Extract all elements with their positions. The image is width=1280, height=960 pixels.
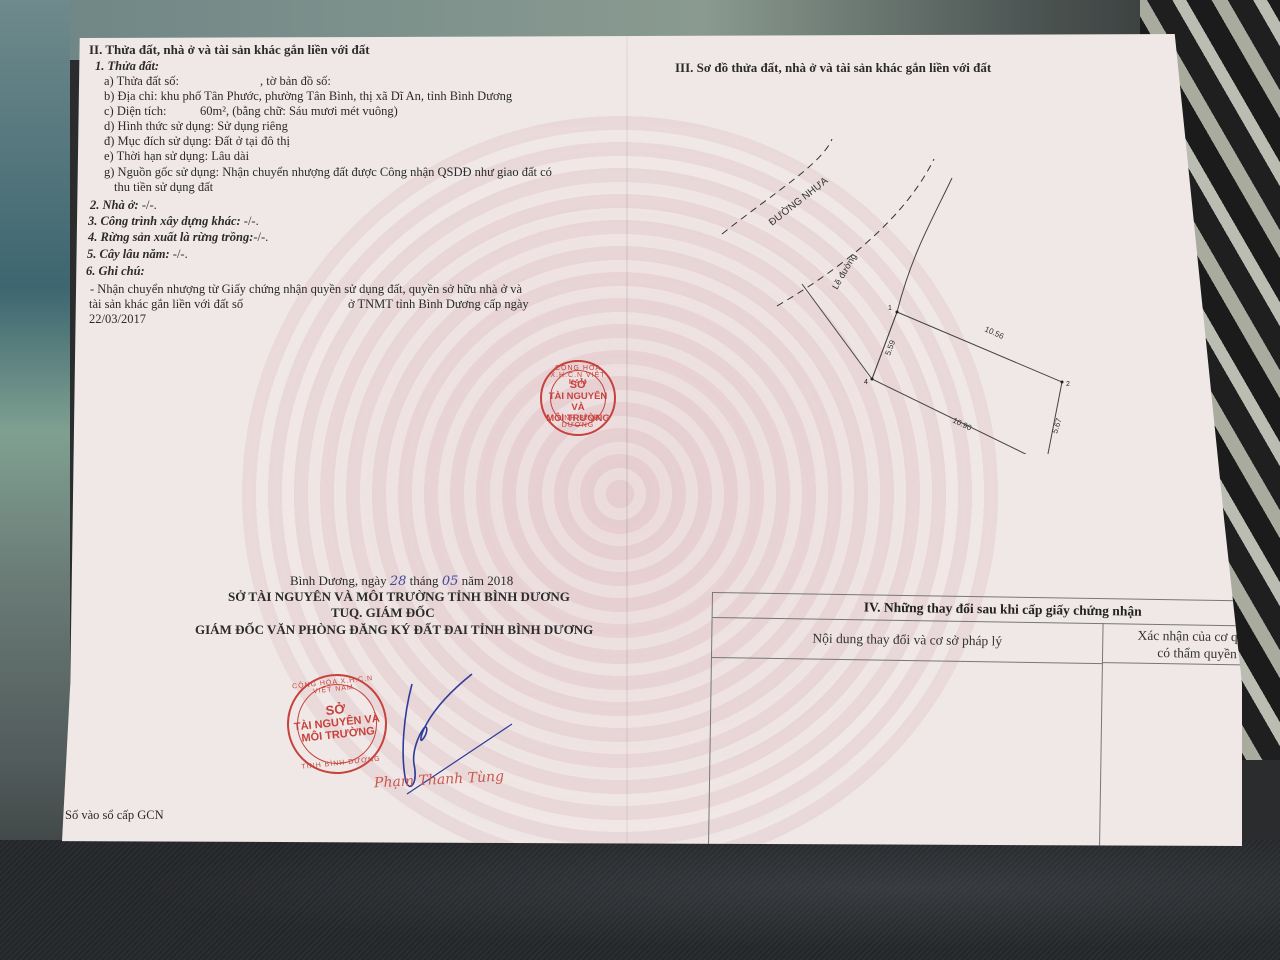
note-line-2a: tài sản khác gắn liền với đất số <box>89 297 243 312</box>
handwritten-signature <box>362 654 562 834</box>
table-divider <box>1099 663 1103 866</box>
note-line-3: 22/03/2017 <box>89 312 146 327</box>
area-value: 60m², (bằng chữ: Sáu mươi mét vuông) <box>200 104 398 119</box>
background-left <box>0 0 70 960</box>
issuing-authority: SỞ TÀI NGUYÊN VÀ MÔI TRƯỜNG TỈNH BÌNH DƯ… <box>228 589 570 605</box>
section-ii-title: II. Thửa đất, nhà ở và tài sản khác gắn … <box>89 42 370 58</box>
map-sheet-label: , tờ bản đồ số: <box>260 74 331 89</box>
usage-origin: g) Nguồn gốc sử dụng: Nhận chuyển nhượng… <box>104 165 552 180</box>
edge-2-3-length: 5.67 <box>1050 417 1064 435</box>
usage-form: d) Hình thức sử dụng: Sử dụng riêng <box>104 119 288 134</box>
tuq-title: TUQ. GIÁM ĐỐC <box>331 605 435 621</box>
usage-term: e) Thời hạn sử dụng: Lâu dài <box>104 149 249 164</box>
parcel-diagram: ĐƯỜNG NHỰA Lề đường 1 2 3 4 10.56 5.67 1… <box>712 94 1162 454</box>
item-5-value: -/-. <box>173 247 188 261</box>
date-day: 28 <box>390 574 407 589</box>
stamp-line-2: TÀI NGUYÊN VÀ <box>542 391 614 413</box>
changes-col-content: Nội dung thay đổi và cơ sở pháp lý <box>712 617 1104 664</box>
item-3-value: -/-. <box>244 214 259 228</box>
item-4-value: -/-. <box>253 230 268 244</box>
edge-1-2-length: 10.56 <box>983 325 1005 342</box>
register-number-label: Số vào sổ cấp GCN <box>65 808 164 823</box>
page-fold <box>626 34 628 846</box>
note-line-2b: ở TNMT tỉnh Bình Dương cấp ngày <box>348 297 529 312</box>
item-6-title: 6. Ghi chú: <box>86 264 145 279</box>
usage-origin-cont: thu tiền sử dụng đất <box>114 180 213 195</box>
road-edge-lower <box>777 159 934 306</box>
address-line: b) Địa chỉ: khu phố Tân Phước, phường Tâ… <box>104 89 512 104</box>
item-1-title: 1. Thửa đất: <box>95 59 159 74</box>
date-prefix: Bình Dương, ngày <box>290 573 387 588</box>
item-2-value: -/-. <box>142 198 157 212</box>
date-year: năm 2018 <box>462 573 514 588</box>
area-label: c) Diện tích: <box>104 104 166 119</box>
edge-3-4-length: 10.90 <box>951 416 973 433</box>
date-month-label: tháng <box>410 573 439 588</box>
issue-date: Bình Dương, ngày 28 tháng 05 năm 2018 <box>290 573 513 589</box>
background-bottom-fabric <box>0 840 1280 960</box>
date-month: 05 <box>442 574 459 589</box>
usage-purpose: đ) Mục đích sử dụng: Đất ở tại đô thị <box>104 134 290 149</box>
parcel-outline <box>872 312 1062 454</box>
office-title: GIÁM ĐỐC VĂN PHÒNG ĐĂNG KÝ ĐẤT ĐAI TỈNH … <box>195 622 593 638</box>
stamp-ring-top: CỘNG HÒA X.H.C.N VIỆT NAM <box>542 365 614 386</box>
stamp-ring-bottom: TỈNH BÌNH DƯƠNG <box>542 415 614 429</box>
item-5-title: 5. Cây lâu năm: <box>87 247 170 261</box>
item-2-title: 2. Nhà ở: <box>90 198 139 212</box>
point-2: 2 <box>1066 381 1070 388</box>
point-4: 4 <box>864 379 868 386</box>
parcel-number-label: a) Thửa đất số: <box>104 74 179 89</box>
verge-label: Lề đường <box>830 252 858 291</box>
edge-4-1-length: 5.59 <box>883 338 897 356</box>
section-iii-title: III. Sơ đồ thửa đất, nhà ở và tài sản kh… <box>675 60 991 76</box>
item-3-title: 3. Công trình xây dựng khác: <box>88 214 241 228</box>
official-stamp-middle: CỘNG HÒA X.H.C.N VIỆT NAM SỞ TÀI NGUYÊN … <box>540 360 616 436</box>
road-label: ĐƯỜNG NHỰA <box>766 174 831 229</box>
land-certificate-document: II. Thửa đất, nhà ở và tài sản khác gắn … <box>62 34 1242 846</box>
note-line-1: - Nhận chuyển nhượng từ Giấy chứng nhận … <box>90 282 522 297</box>
item-4-title: 4. Rừng sản xuất là rừng trồng: <box>88 230 253 244</box>
changes-table: IV. Những thay đổi sau khi cấp giấy chứn… <box>708 592 1280 870</box>
point-1: 1 <box>888 305 892 312</box>
